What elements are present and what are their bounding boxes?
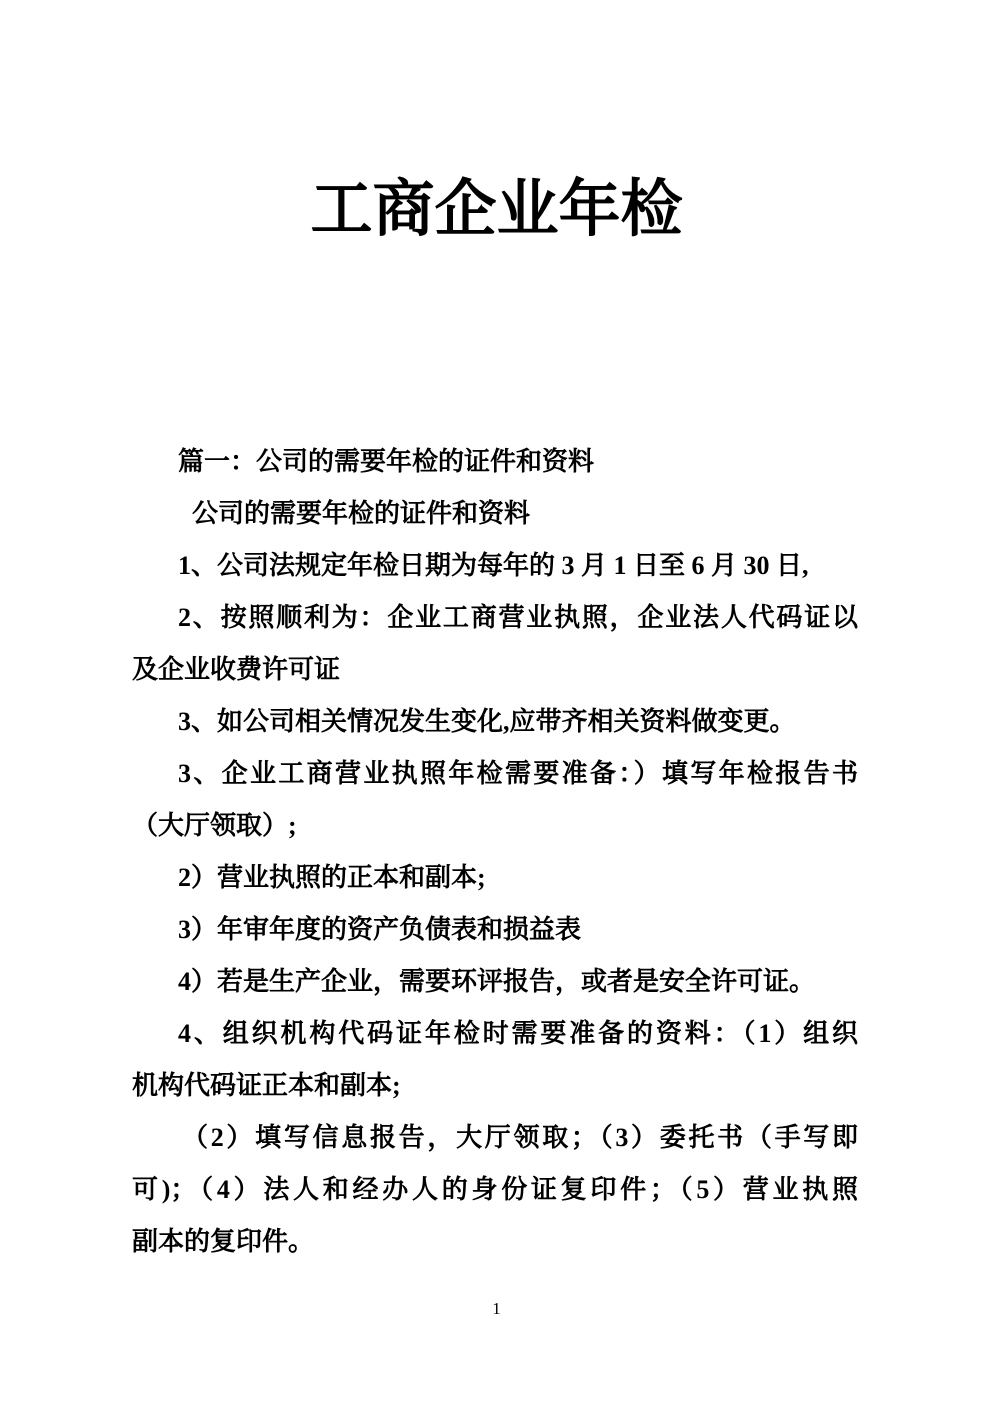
text-line: 4、组织机构代码证年检时需要准备的资料：（1）组织 (132, 1008, 858, 1060)
text-line: 公司的需要年检的证件和资料 (132, 488, 858, 540)
text-line: 2）营业执照的正本和副本; (132, 852, 858, 904)
paragraph: 公司的需要年检的证件和资料 (132, 488, 858, 540)
text-line: 2、按照顺利为：企业工商营业执照，企业法人代码证以 (132, 592, 858, 644)
text-line: 1、公司法规定年检日期为每年的 3 月 1 日至 6 月 30 日, (132, 540, 858, 592)
text-line: 3、企业工商营业执照年检需要准备：）填写年检报告书 (132, 748, 858, 800)
paragraph: 2）营业执照的正本和副本; (132, 852, 858, 904)
paragraph: 4、组织机构代码证年检时需要准备的资料：（1）组织机构代码证正本和副本; (132, 1008, 858, 1112)
text-line: 篇一：公司的需要年检的证件和资料 (132, 436, 858, 488)
page-number: 1 (0, 1298, 993, 1320)
paragraph: 篇一：公司的需要年检的证件和资料 (132, 436, 858, 488)
document-page: 工商企业年检 篇一：公司的需要年检的证件和资料公司的需要年检的证件和资料1、公司… (0, 0, 993, 1404)
text-line: （2）填写信息报告，大厅领取；（3）委托书（手写即 (132, 1112, 858, 1164)
text-line: （大厅领取）; (132, 800, 858, 852)
text-line: 3）年审年度的资产负债表和损益表 (132, 904, 858, 956)
paragraph: 3）年审年度的资产负债表和损益表 (132, 904, 858, 956)
paragraph: 4）若是生产企业，需要环评报告，或者是安全许可证。 (132, 956, 858, 1008)
text-line: 机构代码证正本和副本; (132, 1060, 858, 1112)
document-body: 篇一：公司的需要年检的证件和资料公司的需要年检的证件和资料1、公司法规定年检日期… (132, 436, 858, 1268)
text-line: 可)；（4）法人和经办人的身份证复印件；（5）营业执照 (132, 1164, 858, 1216)
text-line: 3、如公司相关情况发生变化,应带齐相关资料做变更。 (132, 696, 858, 748)
paragraph: 3、如公司相关情况发生变化,应带齐相关资料做变更。 (132, 696, 858, 748)
text-line: 副本的复印件。 (132, 1216, 858, 1268)
paragraph: （2）填写信息报告，大厅领取；（3）委托书（手写即可)；（4）法人和经办人的身份… (132, 1112, 858, 1268)
text-line: 及企业收费许可证 (132, 644, 858, 696)
paragraph: 1、公司法规定年检日期为每年的 3 月 1 日至 6 月 30 日, (132, 540, 858, 592)
document-title: 工商企业年检 (0, 178, 993, 242)
paragraph: 3、企业工商营业执照年检需要准备：）填写年检报告书（大厅领取）; (132, 748, 858, 852)
paragraph: 2、按照顺利为：企业工商营业执照，企业法人代码证以及企业收费许可证 (132, 592, 858, 696)
text-line: 4）若是生产企业，需要环评报告，或者是安全许可证。 (132, 956, 858, 1008)
